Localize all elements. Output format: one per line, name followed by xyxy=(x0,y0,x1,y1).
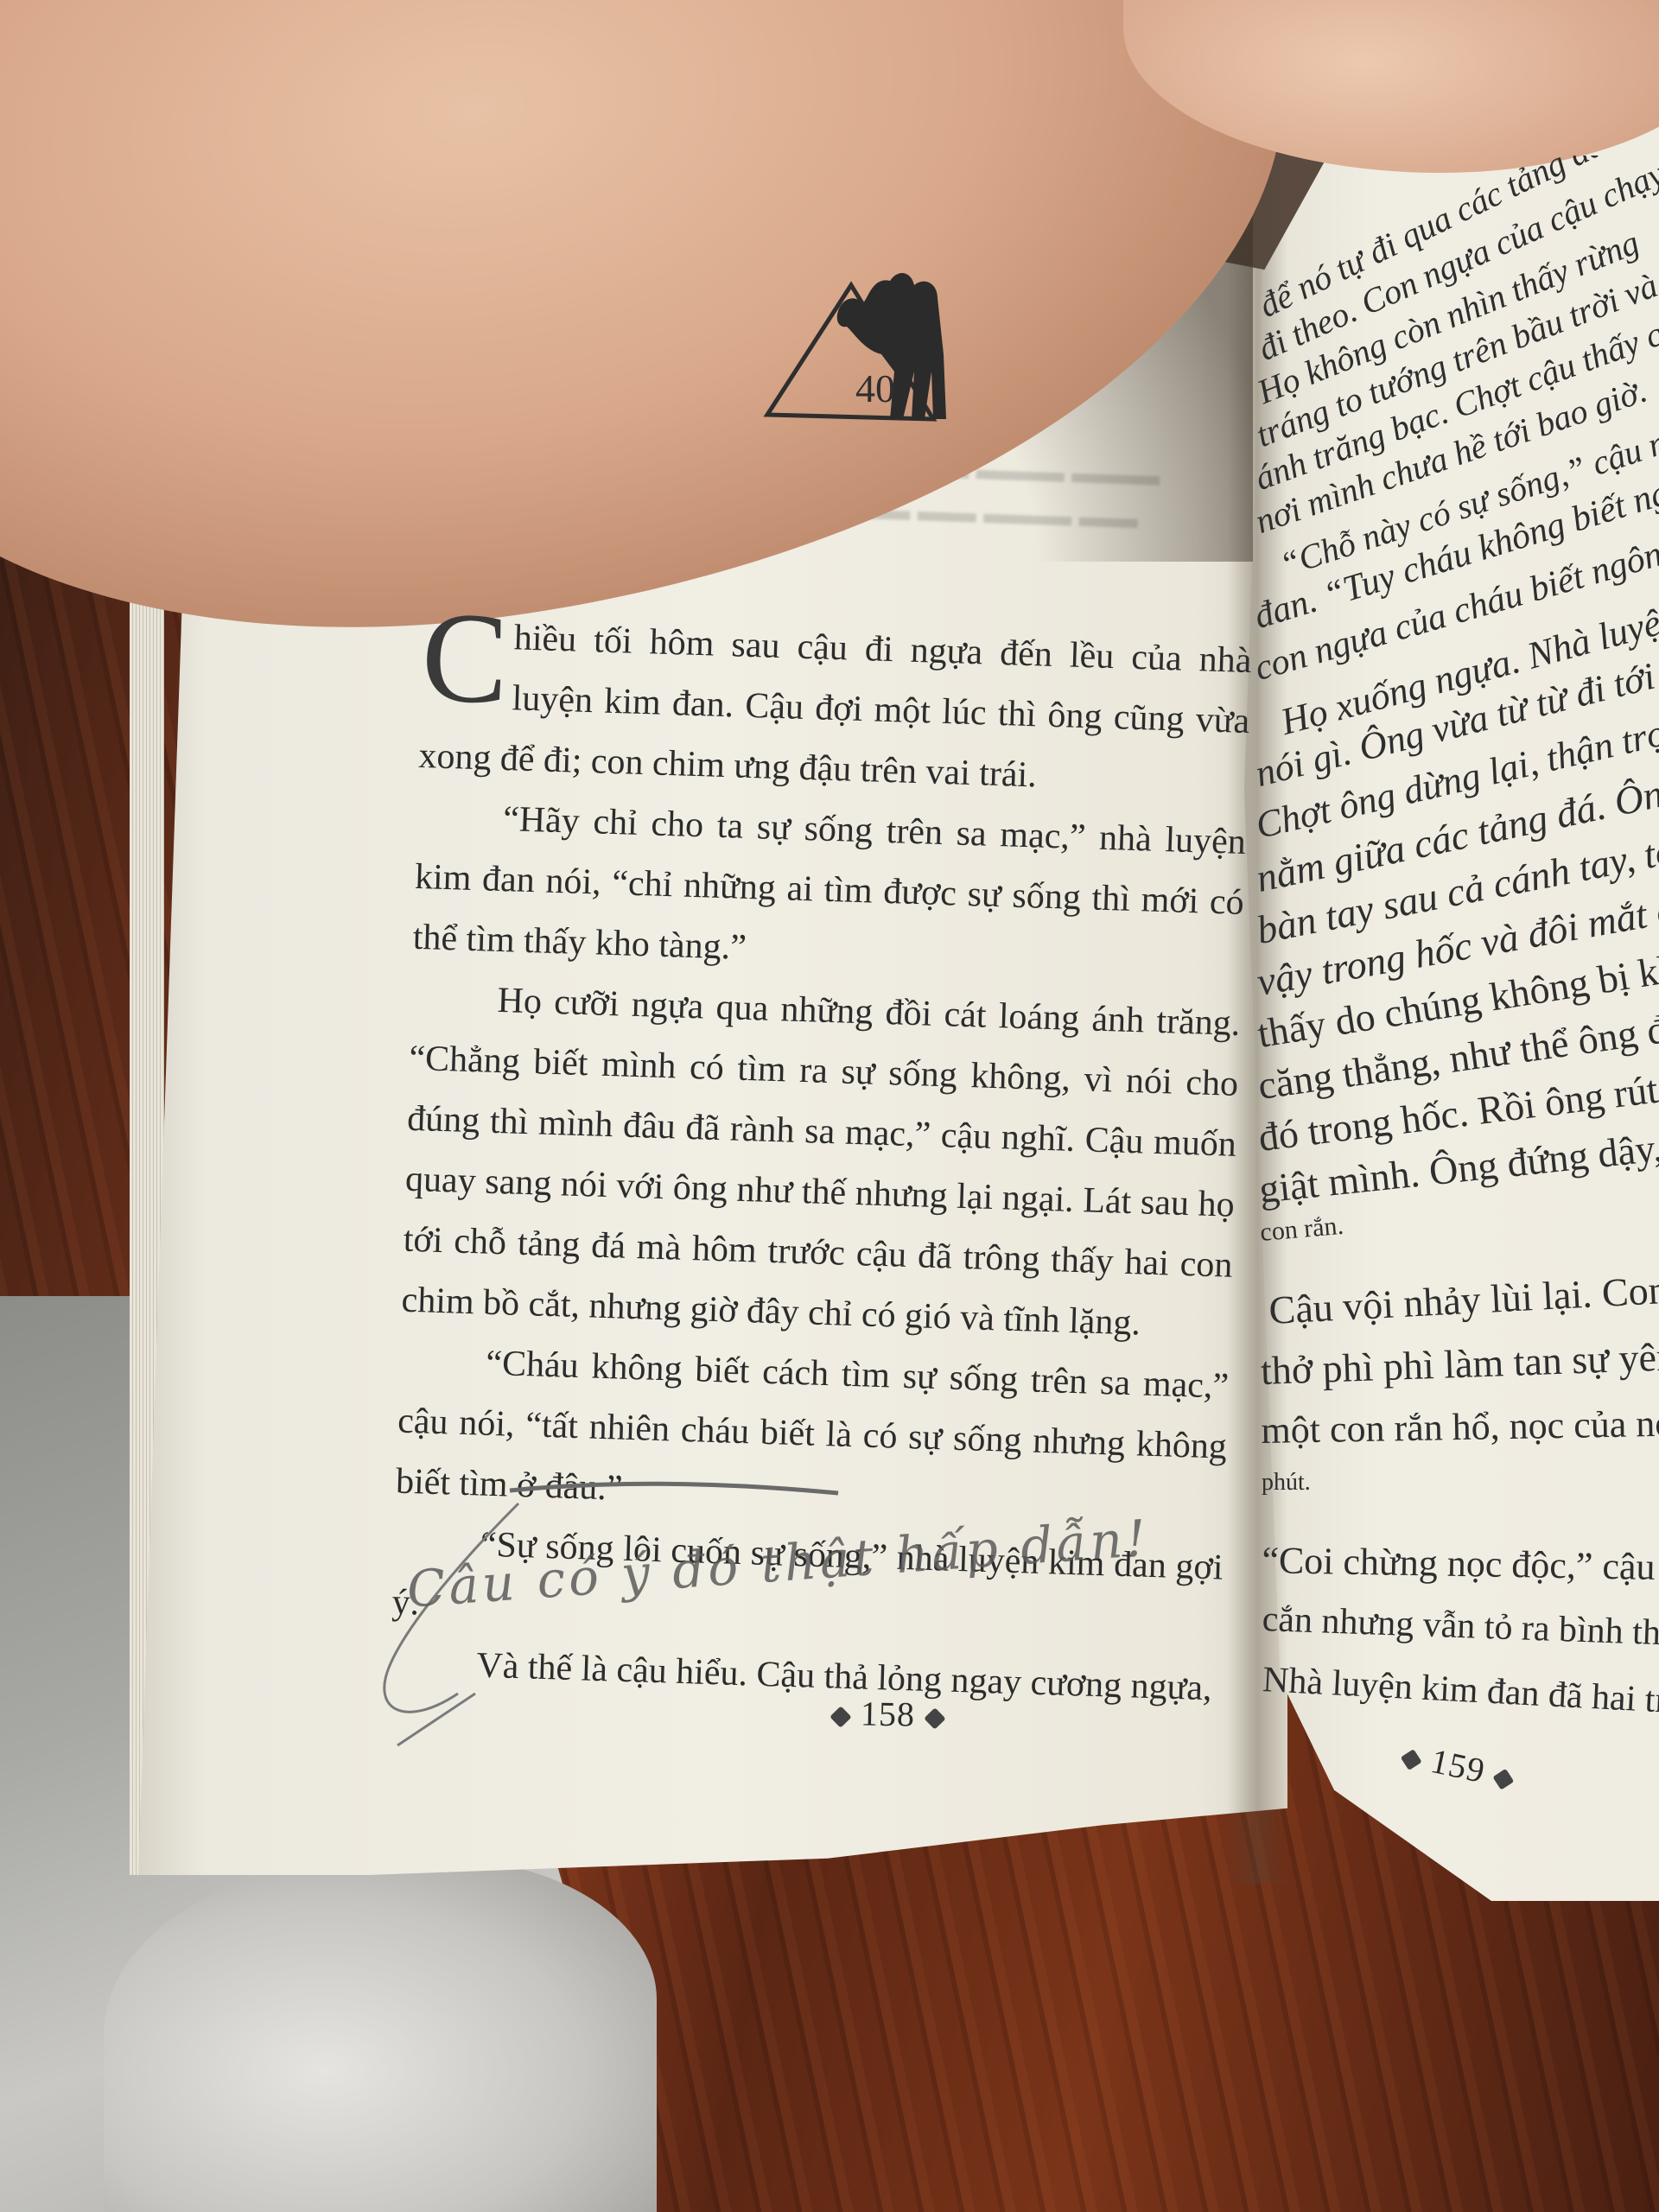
drop-cap: C xyxy=(420,605,510,711)
paragraph: “Hãy chỉ cho ta sự sống trên sa mạc,” nh… xyxy=(412,786,1247,994)
text-line: phút. xyxy=(1262,1469,1311,1497)
text-line: Nhà luyện kim đan đã hai trăm xyxy=(1262,1659,1659,1724)
ornament-icon xyxy=(1492,1769,1514,1790)
camel-pyramid-icon: 40 xyxy=(760,251,976,432)
ornament-icon xyxy=(924,1707,945,1729)
text-line: “Coi chừng nọc độc,” cậu nói. Có xyxy=(1262,1538,1659,1591)
pencil-underline xyxy=(510,1484,838,1493)
ornament-icon xyxy=(829,1706,851,1727)
paragraph: hiều tối hôm sau cậu đi ngựa đến lều của… xyxy=(418,618,1252,795)
ornament-icon xyxy=(1401,1749,1422,1770)
text-line: cắn nhưng vẫn tỏ ra bình thản. xyxy=(1262,1599,1659,1656)
chapter-number: 40 xyxy=(855,366,895,410)
text-line: Cậu vội nhảy lùi lại. Con rắn kh xyxy=(1268,1261,1659,1333)
paragraph: Họ cưỡi ngựa qua những đồi cát loáng ánh… xyxy=(401,968,1242,1357)
white-cloth xyxy=(104,1858,657,2212)
page-number-left: 158 xyxy=(821,1693,956,1736)
text-line: một con rắn hổ, nọc của nó giết chết xyxy=(1261,1399,1659,1452)
text-line: con rắn. xyxy=(1259,1211,1344,1248)
right-page-body: để nó tự đi qua các tảng đá. Nh đi theo.… xyxy=(1253,156,1659,1797)
text-line: thở phì phì làm tan sự yên ắng xyxy=(1260,1332,1659,1394)
photo-scene: ▬▬▬ ▬▬▬ ▬▬▬▬ ▬▬▬▬▬ ▬▬▬ ▬▬▬▬ ▬▬▬▬▬ ▬▬▬ ▬▬… xyxy=(0,0,1659,2212)
